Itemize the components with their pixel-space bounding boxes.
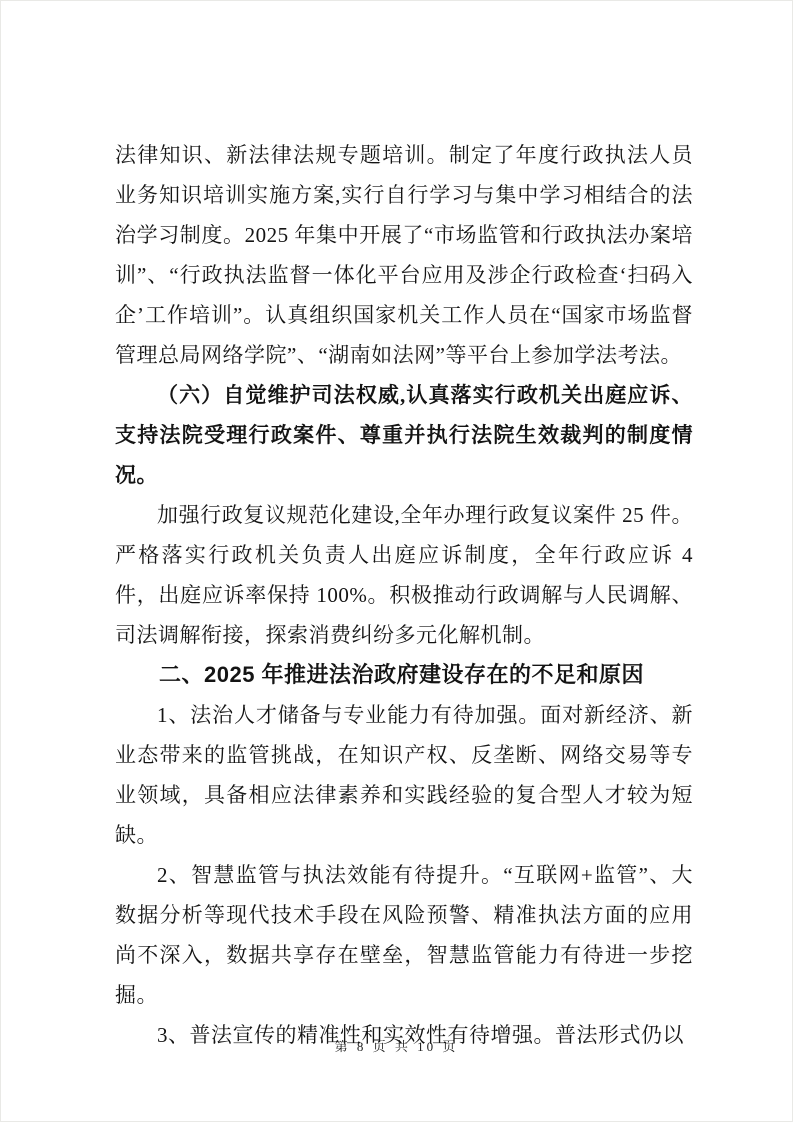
paragraph-item-6-judicial-authority: （六）自觉维护司法权威,认真落实行政机关出庭应诉、支持法院受理行政案件、尊重并执… — [115, 375, 693, 495]
paragraph-shortcoming-2-smart-regulation: 2、智慧监管与执法效能有待提升。“互联网+监管”、大数据分析等现代技术手段在风险… — [115, 855, 693, 1015]
paragraph-training-continuation: 法律知识、新法律法规专题培训。制定了年度行政执法人员业务知识培训实施方案,实行自… — [115, 135, 693, 375]
page-footer: 第 8 页 共 10 页 — [0, 1036, 793, 1055]
document-page: 法律知识、新法律法规专题培训。制定了年度行政执法人员业务知识培训实施方案,实行自… — [0, 0, 793, 1122]
document-body: 法律知识、新法律法规专题培训。制定了年度行政执法人员业务知识培训实施方案,实行自… — [115, 135, 693, 1055]
paragraph-administrative-review: 加强行政复议规范化建设,全年办理行政复议案件 25 件。严格落实行政机关负责人出… — [115, 495, 693, 655]
paragraph-shortcoming-1-talent: 1、法治人才储备与专业能力有待加强。面对新经济、新业态带来的监管挑战，在知识产权… — [115, 695, 693, 855]
section-heading-shortcomings: 二、2025 年推进法治政府建设存在的不足和原因 — [115, 655, 693, 695]
